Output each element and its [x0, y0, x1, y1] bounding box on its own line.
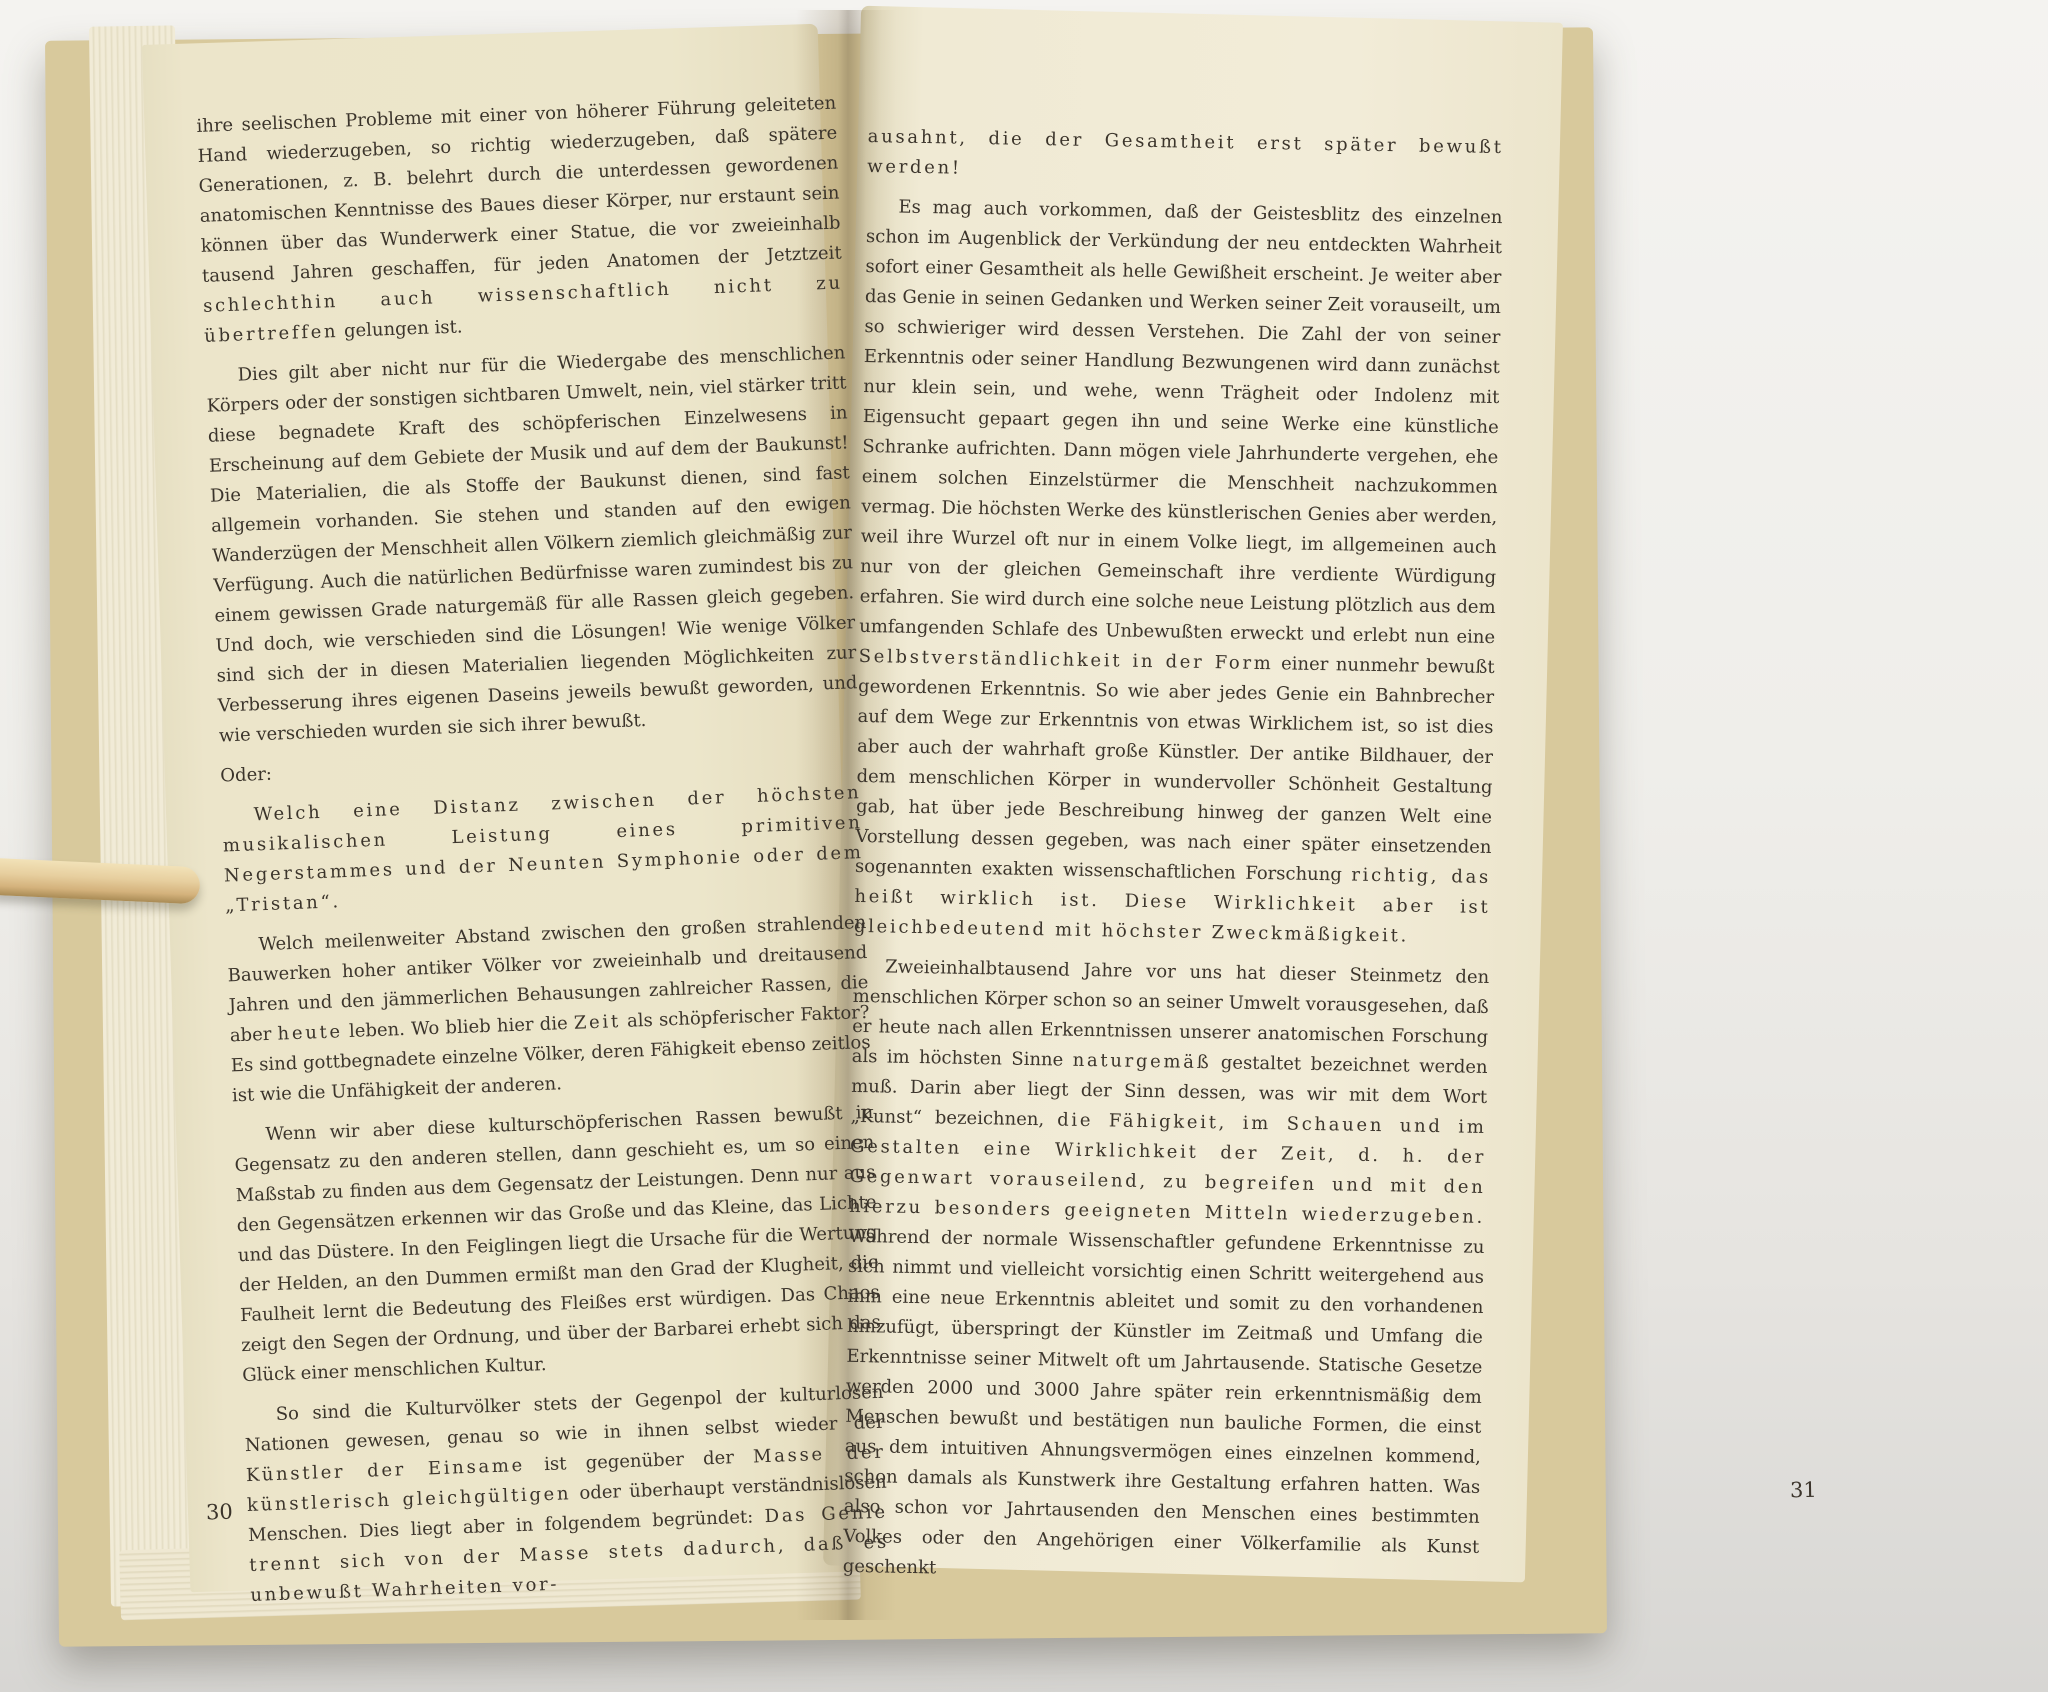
book-photo-scene: ihre seelischen Probleme mit einer von h…	[0, 0, 2048, 1692]
paragraph: ihre seelischen Probleme mit einer von h…	[196, 89, 844, 352]
body-text: Es mag auch vorkommen, daß der Geistesbl…	[859, 197, 1503, 648]
paragraph: Es mag auch vorkommen, daß der Geistesbl…	[854, 192, 1503, 953]
right-page-text: ausahnt, die der Gesamtheit erst später …	[843, 122, 1504, 1593]
paragraph: So sind die Kulturvölker stets der Gegen…	[243, 1378, 890, 1611]
paragraph: Wenn wir aber diese kulturschöpferischen…	[233, 1098, 882, 1391]
paragraph: Welch meilenweiter Abstand zwischen den …	[226, 908, 872, 1111]
body-text: Wenn wir aber diese kulturschöpferischen…	[234, 1102, 881, 1386]
emphasized-text: Zeit	[573, 1011, 621, 1034]
paragraph: Zweieinhalbtausend Jahre vor uns hat die…	[843, 952, 1490, 1593]
emphasized-text: Selbstverständlichkeit in der Form	[858, 646, 1273, 674]
emphasized-text: Künstler der Einsame	[246, 1455, 526, 1486]
body-text: ist gegenüber der	[525, 1446, 754, 1475]
emphasized-text: naturgemäß	[1073, 1050, 1212, 1073]
right-page-number: 31	[1790, 1478, 1817, 1502]
body-text: Dies gilt aber nicht nur für die Wiederg…	[206, 342, 857, 746]
left-page-number: 30	[206, 1500, 234, 1525]
body-text: leben. Wo blieb hier die	[342, 1013, 574, 1042]
emphasized-text: Welch eine Distanz zwischen der höchsten…	[223, 782, 864, 916]
body-text: ihre seelischen Probleme mit einer von h…	[196, 93, 842, 287]
emphasized-text: heute	[277, 1021, 343, 1044]
body-text: gelungen ist.	[338, 316, 463, 342]
body-text: Während der normale Wissenschaftler gefu…	[843, 1226, 1485, 1579]
paragraph: Welch eine Distanz zwischen der höchsten…	[221, 778, 865, 921]
emphasized-text: schlechthin auch wissenschaftlich nicht …	[203, 272, 843, 346]
body-text: Oder:	[220, 764, 272, 787]
emphasized-text: ausahnt, die der Gesamtheit erst später …	[867, 126, 1504, 179]
body-text: einer nunmehr bewußt gewordenen Erkenntn…	[855, 653, 1495, 885]
left-page-text: ihre seelischen Probleme mit einer von h…	[196, 89, 891, 1611]
paragraph: ausahnt, die der Gesamtheit erst später …	[867, 122, 1504, 193]
paragraph: Dies gilt aber nicht nur für die Wiederg…	[205, 338, 859, 751]
